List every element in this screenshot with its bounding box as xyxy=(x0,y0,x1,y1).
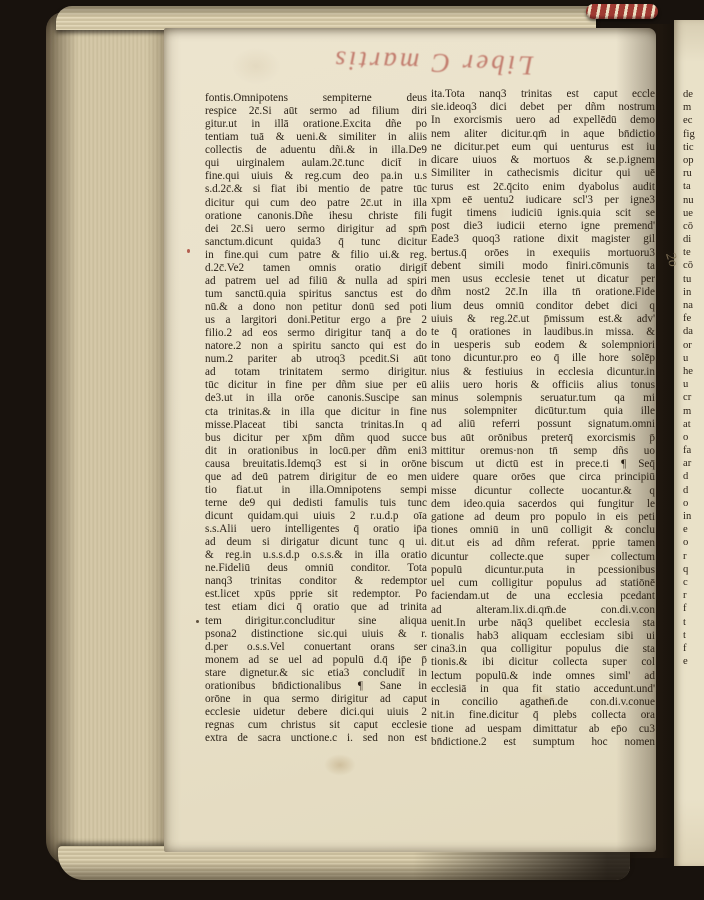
text-line: de xyxy=(683,89,704,102)
text-line: o xyxy=(683,498,704,511)
text-column-left: fontis.Omnipotens sempiterne deusrespice… xyxy=(205,92,427,745)
text-line: tio fiat.ut in illa.Omnipotens sempi xyxy=(205,484,427,497)
text-line: t xyxy=(683,617,704,630)
page-fore-edge-stack xyxy=(46,12,168,866)
text-line: s.d.2c̄.& si fiat ibi mentio de patre tū… xyxy=(205,183,427,196)
text-line: tem dirigitur.concluditur sine aliqua xyxy=(205,615,427,628)
text-line: fontis.Omnipotens sempiterne deus xyxy=(205,92,427,105)
text-line: o xyxy=(683,537,704,550)
text-line: ad patrem uel ad filiū & nulla ad spiri xyxy=(205,275,427,288)
book-photo: Liber C martis fontis.Omnipotens sempite… xyxy=(0,0,704,900)
text-line: us a largitori doni.Petitur ergo a p̄re … xyxy=(205,314,427,327)
text-line: tum sanctū.quia spiritus sanctus est do xyxy=(205,288,427,301)
text-line: u xyxy=(683,353,704,366)
text-line: orōne in qua sermo dirigitur ad caput xyxy=(205,693,427,706)
text-line: op xyxy=(683,155,704,168)
text-line: qui uirginalem aulam.2c̄.tunc dicit̄ in xyxy=(205,157,427,170)
headband xyxy=(586,4,658,19)
text-line: f xyxy=(683,603,704,616)
text-line: fig xyxy=(683,129,704,142)
gutter-shadow xyxy=(616,24,676,858)
text-line: f xyxy=(683,643,704,656)
text-line: na xyxy=(683,300,704,313)
text-line: nu xyxy=(683,195,704,208)
text-line: extra de sacra unctione.c i. sed non est xyxy=(205,732,427,745)
text-line: te xyxy=(683,247,704,260)
text-line: cō xyxy=(683,221,704,234)
text-line: dicitur qui cum deo patre 2c̄.ut in illa xyxy=(205,197,427,210)
text-line: stare dignetur.& sic etia3 concludit̄ in xyxy=(205,667,427,680)
text-line: oratione canonis.Dñe ihesu christe fili xyxy=(205,210,427,223)
text-line: at xyxy=(683,419,704,432)
text-line: r xyxy=(683,590,704,603)
text-line: ad deum si dirigatur dicunt tunc q ui. xyxy=(205,536,427,549)
text-line: ru xyxy=(683,168,704,181)
text-line: misse.Placeat tibi sancta trinitas.In q xyxy=(205,419,427,432)
text-line: u xyxy=(683,379,704,392)
text-line: tic xyxy=(683,142,704,155)
text-line: gitur.ut in illā oratione.Excita dñe po xyxy=(205,118,427,131)
text-line: ue xyxy=(683,208,704,221)
text-line: d.per o.s.s.Vel conuertant orans ser xyxy=(205,641,427,654)
text-line: nanq3 trinitas conditor & redemptor xyxy=(205,575,427,588)
text-line: tūc dicitur in fine per dñm siue per eū xyxy=(205,379,427,392)
text-line: de3.ut in illa orōe canonis.Suscipe san xyxy=(205,392,427,405)
top-inscription: Liber C martis xyxy=(295,26,570,81)
text-line: m xyxy=(683,102,704,115)
text-line: ecclesie uidetur debere dici.qui uiuis 2 xyxy=(205,706,427,719)
text-line: cta trinitas.& in illa que dicitur in fi… xyxy=(205,406,427,419)
text-line: fe xyxy=(683,313,704,326)
text-line: terne de9 qui dedisti famulis tuis tunc xyxy=(205,497,427,510)
facing-page-sliver: demecfigticoprutanuuecōditecōtuinnafedao… xyxy=(674,20,704,866)
text-line: natore.2 non a spiritu sancto qui est do xyxy=(205,340,427,353)
text-line: tentiam tuā & ueni.& similiter in aliis xyxy=(205,131,427,144)
text-line: s.s.Alii uero intelligentes q̄ oratio ip… xyxy=(205,523,427,536)
text-line: r xyxy=(683,551,704,564)
text-line: dei 2c̄.Si uero sermo dirigitur ad spm̄ xyxy=(205,223,427,236)
text-line: test etiam dici q̄ oratio que ad trinita xyxy=(205,601,427,614)
text-line: tu xyxy=(683,274,704,287)
text-line: d xyxy=(683,471,704,484)
facing-page-text: demecfigticoprutanuuecōditecōtuinnafedao… xyxy=(683,89,704,669)
text-line: ne.Fideliū deus omniū conditor. Tota xyxy=(205,562,427,575)
text-line: dit in orationibus in locū.per dñm eni3 xyxy=(205,445,427,458)
text-line: cō xyxy=(683,260,704,273)
text-line: regnas cum christus sit caput ecclesie xyxy=(205,719,427,732)
text-line: collectis de aduentu dñi.& in illa.De9 xyxy=(205,144,427,157)
text-line: psona2 distinctione sic.qui uiuis & r. xyxy=(205,628,427,641)
text-line: ad totam trinitatem sermo dirigitur. xyxy=(205,366,427,379)
text-line: ar xyxy=(683,458,704,471)
text-line: d xyxy=(683,485,704,498)
text-line: que ad deū patrem dirigitur de eo men xyxy=(205,471,427,484)
text-line: dicunt quidam.qui uiuis 2 r.u.d.p oīa xyxy=(205,510,427,523)
text-line: m xyxy=(683,406,704,419)
text-line: cr xyxy=(683,392,704,405)
text-line: he xyxy=(683,366,704,379)
text-line: & reg.in u.s.s.d.p o.s.s.& in illa orati… xyxy=(205,549,427,562)
text-line: d.2c̄.Ve2 tamen omnis oratio dirigit̄ xyxy=(205,262,427,275)
text-line: ta xyxy=(683,181,704,194)
text-line: bus dicitur per xp̄m dñm quod succe xyxy=(205,432,427,445)
text-line: respice 2c̄.Si aūt sermo ad filium diri xyxy=(205,105,427,118)
text-line: di xyxy=(683,234,704,247)
red-ink-speck xyxy=(187,249,190,253)
text-line: num.2 pariter ab utroq3 pcedit.Si aūt xyxy=(205,353,427,366)
text-line: monem ad se uel ad populū d.q̄ ip̄e p̄ xyxy=(205,654,427,667)
text-line: o xyxy=(683,432,704,445)
dark-ink-speck xyxy=(196,620,199,623)
text-line: in xyxy=(683,287,704,300)
text-line: e xyxy=(683,656,704,669)
text-line: fine.qui uiuis & reg.cum deo pa.in u.s xyxy=(205,170,427,183)
text-line: or xyxy=(683,340,704,353)
text-line: orationibus bn̄dictionalibus ¶ Sane in xyxy=(205,680,427,693)
text-line: da xyxy=(683,326,704,339)
text-line: causa breuitatis.Idemq3 est si in orōne xyxy=(205,458,427,471)
text-line: nū.& a dono non petitur donū sed poti xyxy=(205,301,427,314)
text-line: in fine.qui cum patre & filio ui.& reg. xyxy=(205,249,427,262)
text-line: sanctum.dicunt quida3 q̄ tunc dicitur xyxy=(205,236,427,249)
text-line: fa xyxy=(683,445,704,458)
text-line: in xyxy=(683,511,704,524)
text-line: filio.2 ad eos sermo dirigitur tanq̄ a d… xyxy=(205,327,427,340)
text-line: q xyxy=(683,564,704,577)
text-line: c xyxy=(683,577,704,590)
text-line: e xyxy=(683,524,704,537)
text-line: ec xyxy=(683,115,704,128)
text-line: est.licet xpūs pprie sit redemptor. Po xyxy=(205,588,427,601)
text-line: t xyxy=(683,630,704,643)
